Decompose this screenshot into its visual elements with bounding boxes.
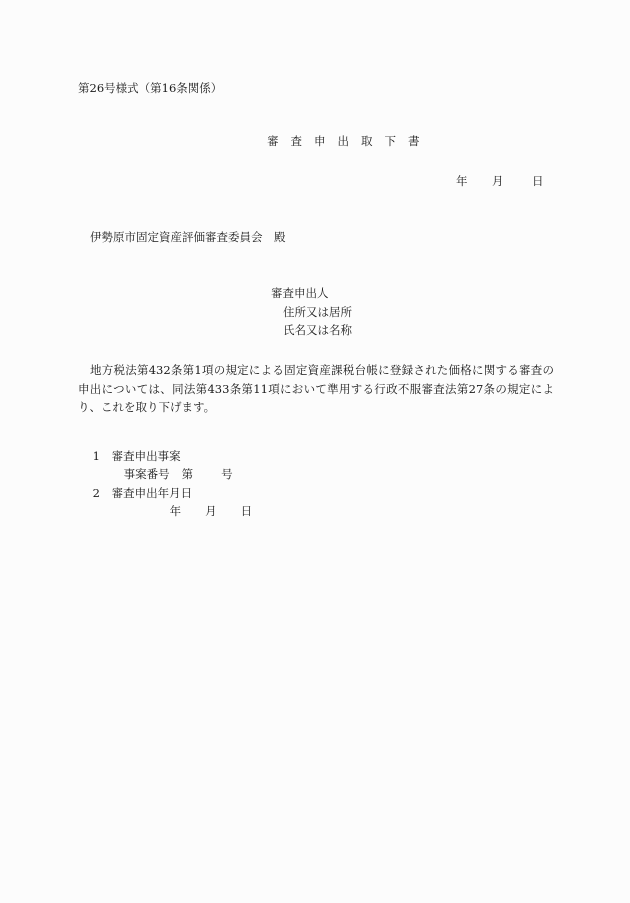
applicant-name-label: 氏名又は名称: [283, 323, 352, 337]
item-number: 2: [93, 486, 112, 500]
filing-date-line: 年月日: [155, 490, 252, 532]
applicant-label: 審査申出人: [271, 286, 329, 300]
document-title: 審査申出取下書: [0, 120, 630, 162]
case-number-suffix: 号: [221, 467, 233, 481]
filing-month-label: 月: [205, 504, 217, 518]
addressee: 伊勢原市固定資産評価審査委員会 殿: [90, 230, 286, 244]
document-page: 第26号様式（第16条関係） 審査申出取下書 年 月 日 伊勢原市固定資産評価審…: [0, 0, 630, 903]
body-paragraph: 地方税法第432条第1項の規定による固定資産課税台帳に登録された価格に関する審査…: [78, 361, 554, 417]
applicant-address-label: 住所又は居所: [283, 305, 352, 319]
submission-date: 年 月 日: [456, 174, 544, 188]
filing-day-label: 日: [241, 504, 253, 518]
date-year-label: 年: [456, 174, 492, 188]
form-number: 第26号様式（第16条関係）: [78, 81, 222, 95]
filing-year-label: 年: [170, 504, 182, 518]
date-day-label: 日: [532, 174, 544, 188]
document-title-text: 審査申出取下書: [267, 134, 432, 148]
date-month-label: 月: [492, 174, 532, 188]
